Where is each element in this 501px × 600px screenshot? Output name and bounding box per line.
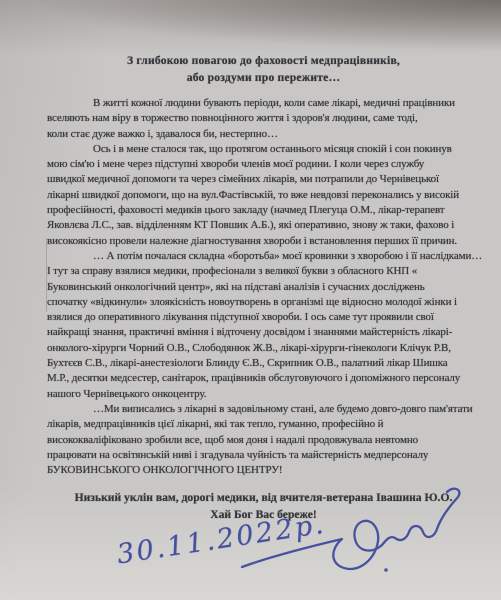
text-line: висококваліфіковано зробили все, щоб моя… (47, 433, 480, 448)
letter-page: З глибокою повагою до фаховості медпраці… (0, 0, 501, 600)
text-line: лікарів, медпрацівників цієї лікарні, як… (47, 417, 480, 432)
text-line: Бухтєєв С.В., лікарі-анестезіологи Блинд… (47, 356, 480, 371)
signature-stroke (242, 489, 459, 569)
text-line: вселяють нам віру в торжество повноцінно… (47, 111, 480, 126)
signature (228, 483, 483, 587)
title-line: З глибокою повагою до фаховості медпраці… (47, 52, 480, 69)
text-line: Буковинський онкологічний центр», які на… (47, 280, 480, 295)
text-line: працювати на освітянській ниві і згадува… (47, 448, 480, 463)
letter-title: З глибокою повагою до фаховості медпраці… (47, 52, 480, 86)
text-line: професійності, фаховості медиків цього з… (47, 203, 480, 218)
text-line: Яковлєва Л.С., зав. відділенням КТ Повши… (47, 218, 480, 233)
signature-dot (384, 568, 388, 572)
letter-content: З глибокою повагою до фаховості медпраці… (47, 52, 480, 523)
text-line: найкращі знання, практичні вміння і відт… (47, 325, 480, 340)
text-line: В житті кожної людини бувають періоди, к… (47, 96, 480, 111)
text-line: коли стає дуже важко і, здавалося би, не… (47, 127, 480, 142)
text-line: М.Р., десятки медсестер, санітарок, прац… (47, 371, 480, 386)
text-line: нашого Чернівецького онкоцентру. (47, 387, 480, 402)
title-line: або роздуми про пережите… (47, 69, 480, 86)
text-line: взялися до оперативного лікування підсту… (47, 310, 480, 325)
text-line: швидкої медичної допомоги та через сімей… (47, 172, 480, 187)
text-line: спочатку «відкинули» злоякісність новоут… (47, 295, 480, 310)
paragraph: Ось і в мене сталося так, що протягом ос… (47, 142, 480, 249)
text-line: лікарні швидкої допомоги, що на вул.Фаст… (47, 188, 480, 203)
text-line: онколого-хірурги Чорний О.В., Слободянюк… (47, 341, 480, 356)
paragraph: …Ми виписались з лікарні в задовільному … (47, 402, 480, 478)
text-line: мою сім'ю і мене через підступні хвороби… (47, 157, 480, 172)
text-line: високоякісно провели належне діагностува… (47, 234, 480, 249)
text-line: … А потім почалася складна «боротьба» мо… (47, 249, 480, 264)
text-line: Ось і в мене сталося так, що протягом ос… (47, 142, 480, 157)
letter-body: В житті кожної людини бувають періоди, к… (47, 96, 480, 478)
text-line: …Ми виписались з лікарні в задовільному … (47, 402, 480, 417)
paper-crease (46, 238, 47, 312)
text-line: І тут за справу взялися медики, професіо… (47, 264, 480, 279)
paragraph: … А потім почалася складна «боротьба» мо… (47, 249, 480, 402)
paragraph: В житті кожної людини бувають періоди, к… (47, 96, 480, 142)
text-line: БУКОВИНСЬКОГО ОНКОЛОГІЧНОГО ЦЕНТРУ! (47, 463, 480, 478)
